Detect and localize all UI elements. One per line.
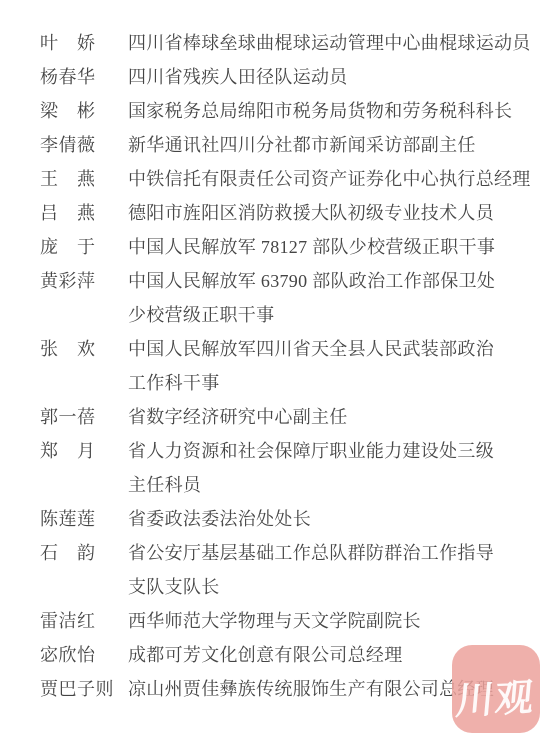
list-item: 王 燕 中铁信托有限责任公司资产证券化中心执行总经理 (40, 162, 541, 196)
awardee-title: 省委政法委法治处处长 (128, 502, 541, 536)
document-page: 叶 娇 四川省棒球垒球曲棍球运动管理中心曲棍球运动员 杨春华 四川省残疾人田径队… (0, 0, 541, 748)
awardee-title-line: 省公安厅基层基础工作总队群防群治工作指导 (128, 536, 541, 570)
awardee-title: 省数字经济研究中心副主任 (128, 400, 541, 434)
awardee-title-line: 四川省棒球垒球曲棍球运动管理中心曲棍球运动员 (128, 26, 541, 60)
awardee-title: 省公安厅基层基础工作总队群防群治工作指导支队支队长 (128, 536, 541, 604)
list-item: 张 欢 中国人民解放军四川省天全县人民武装部政治工作科干事 (40, 332, 541, 400)
awardee-list: 叶 娇 四川省棒球垒球曲棍球运动管理中心曲棍球运动员 杨春华 四川省残疾人田径队… (40, 26, 541, 706)
awardee-title: 国家税务总局绵阳市税务局货物和劳务税科科长 (128, 94, 541, 128)
awardee-title: 省人力资源和社会保障厅职业能力建设处三级主任科员 (128, 434, 541, 502)
awardee-title: 四川省棒球垒球曲棍球运动管理中心曲棍球运动员 (128, 26, 541, 60)
awardee-name: 陈莲莲 (40, 502, 128, 536)
list-item: 庞 于 中国人民解放军 78127 部队少校营级正职干事 (40, 230, 541, 264)
awardee-title-line: 省人力资源和社会保障厅职业能力建设处三级 (128, 434, 541, 468)
awardee-name: 雷洁红 (40, 604, 128, 638)
awardee-name: 郭一蓓 (40, 400, 128, 434)
awardee-title: 中国人民解放军四川省天全县人民武装部政治工作科干事 (128, 332, 541, 400)
list-item: 郑 月 省人力资源和社会保障厅职业能力建设处三级主任科员 (40, 434, 541, 502)
list-item: 黄彩萍 中国人民解放军 63790 部队政治工作部保卫处少校营级正职干事 (40, 264, 541, 332)
awardee-name: 石 韵 (40, 536, 128, 570)
list-item: 李倩薇 新华通讯社四川分社都市新闻采访部副主任 (40, 128, 541, 162)
awardee-title: 四川省残疾人田径队运动员 (128, 60, 541, 94)
list-item: 吕 燕 德阳市旌阳区消防救援大队初级专业技术人员 (40, 196, 541, 230)
watermark-text: 川观 (454, 665, 537, 724)
awardee-title: 中铁信托有限责任公司资产证券化中心执行总经理 (128, 162, 541, 196)
awardee-title-line: 国家税务总局绵阳市税务局货物和劳务税科科长 (128, 94, 541, 128)
awardee-name: 梁 彬 (40, 94, 128, 128)
awardee-title-line: 四川省残疾人田径队运动员 (128, 60, 541, 94)
awardee-name: 叶 娇 (40, 26, 128, 60)
awardee-title-line: 新华通讯社四川分社都市新闻采访部副主任 (128, 128, 541, 162)
awardee-name: 王 燕 (40, 162, 128, 196)
awardee-title: 德阳市旌阳区消防救援大队初级专业技术人员 (128, 196, 541, 230)
awardee-name: 郑 月 (40, 434, 128, 468)
awardee-title-line: 中国人民解放军 78127 部队少校营级正职干事 (128, 230, 541, 264)
awardee-title: 西华师范大学物理与天文学院副院长 (128, 604, 541, 638)
awardee-title: 新华通讯社四川分社都市新闻采访部副主任 (128, 128, 541, 162)
list-item: 杨春华 四川省残疾人田径队运动员 (40, 60, 541, 94)
awardee-name: 黄彩萍 (40, 264, 128, 298)
awardee-title-line: 少校营级正职干事 (128, 298, 541, 332)
awardee-title-line: 德阳市旌阳区消防救援大队初级专业技术人员 (128, 196, 541, 230)
list-item: 叶 娇 四川省棒球垒球曲棍球运动管理中心曲棍球运动员 (40, 26, 541, 60)
awardee-name: 宓欣怡 (40, 638, 128, 672)
chuanguan-watermark: 川观 (452, 645, 540, 733)
awardee-title: 中国人民解放军 63790 部队政治工作部保卫处少校营级正职干事 (128, 264, 541, 332)
awardee-title: 中国人民解放军 78127 部队少校营级正职干事 (128, 230, 541, 264)
list-item: 陈莲莲 省委政法委法治处处长 (40, 502, 541, 536)
awardee-title-line: 中国人民解放军 63790 部队政治工作部保卫处 (128, 264, 541, 298)
awardee-title-line: 工作科干事 (128, 366, 541, 400)
awardee-name: 吕 燕 (40, 196, 128, 230)
list-item: 郭一蓓 省数字经济研究中心副主任 (40, 400, 541, 434)
awardee-name: 张 欢 (40, 332, 128, 366)
awardee-title-line: 省数字经济研究中心副主任 (128, 400, 541, 434)
awardee-name: 李倩薇 (40, 128, 128, 162)
awardee-title-line: 省委政法委法治处处长 (128, 502, 541, 536)
awardee-name: 贾巴子则 (40, 672, 128, 706)
awardee-title-line: 支队支队长 (128, 570, 541, 604)
awardee-title-line: 中铁信托有限责任公司资产证券化中心执行总经理 (128, 162, 541, 196)
list-item: 雷洁红 西华师范大学物理与天文学院副院长 (40, 604, 541, 638)
list-item: 梁 彬 国家税务总局绵阳市税务局货物和劳务税科科长 (40, 94, 541, 128)
awardee-title-line: 西华师范大学物理与天文学院副院长 (128, 604, 541, 638)
awardee-title-line: 主任科员 (128, 468, 541, 502)
awardee-name: 庞 于 (40, 230, 128, 264)
awardee-title-line: 中国人民解放军四川省天全县人民武装部政治 (128, 332, 541, 366)
awardee-name: 杨春华 (40, 60, 128, 94)
list-item: 石 韵 省公安厅基层基础工作总队群防群治工作指导支队支队长 (40, 536, 541, 604)
